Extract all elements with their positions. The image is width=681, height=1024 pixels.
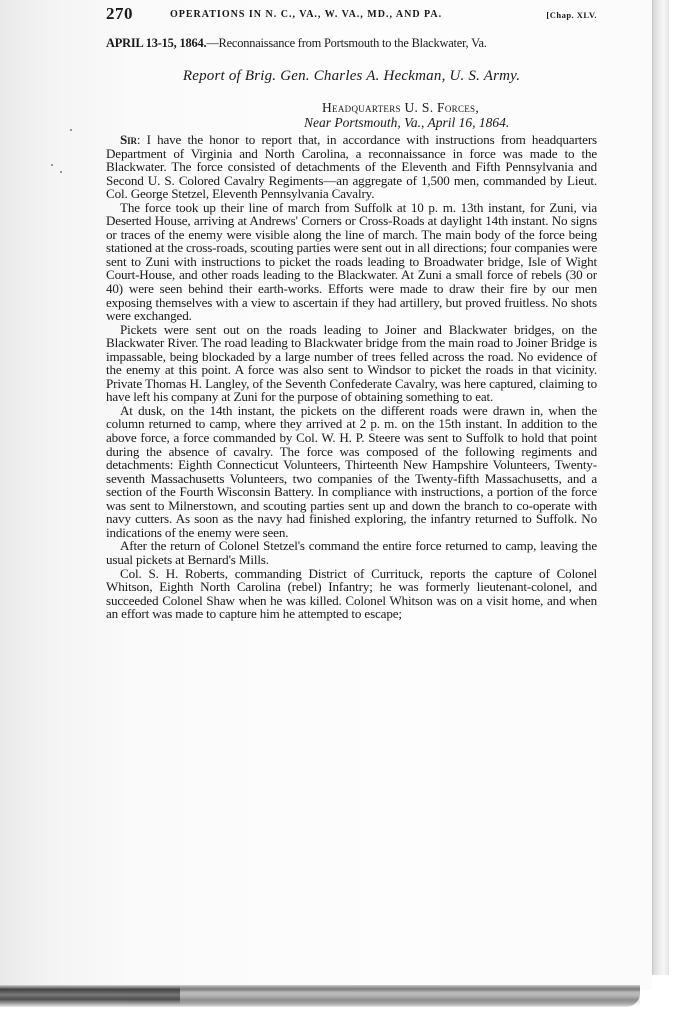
event-title: —Reconnaissance from Portsmouth to the B… — [206, 36, 486, 50]
paper-speck — [51, 164, 53, 166]
page-edge-right — [652, 0, 669, 975]
report-title: Report of Brig. Gen. Charles A. Heckman,… — [106, 68, 597, 85]
page-number: 270 — [106, 4, 133, 24]
chapter-label: [Chap. XLV. — [546, 10, 597, 20]
body-paragraph: The force took up their line of march fr… — [106, 201, 597, 323]
body-paragraph: Sir: I have the honor to report that, in… — [106, 133, 597, 201]
body-paragraph: Pickets were sent out on the roads leadi… — [106, 323, 597, 404]
running-head: 270 Operations in N. C., Va., W. Va., Md… — [106, 4, 597, 24]
location-date-line: Near Portsmouth, Va., April 16, 1864. — [304, 116, 597, 130]
report-body: Sir: I have the honor to report that, in… — [106, 133, 597, 621]
event-heading: APRIL 13-15, 1864.—Reconnaissance from P… — [106, 36, 597, 51]
paper-speck — [70, 129, 72, 131]
running-title: Operations in N. C., Va., W. Va., Md., a… — [170, 9, 442, 20]
body-paragraph: After the return of Colonel Stetzel's co… — [106, 539, 597, 566]
body-paragraph: At dusk, on the 14th instant, the picket… — [106, 404, 597, 539]
headquarters-block: Headquarters U. S. Forces, Near Portsmou… — [304, 100, 597, 130]
paper-speck — [60, 171, 62, 173]
body-paragraph: Col. S. H. Roberts, commanding District … — [106, 567, 597, 621]
headquarters-line: Headquarters U. S. Forces, — [304, 100, 597, 116]
page-stack-edge-bottom — [0, 985, 640, 1007]
event-date: APRIL 13-15, 1864. — [106, 36, 206, 50]
